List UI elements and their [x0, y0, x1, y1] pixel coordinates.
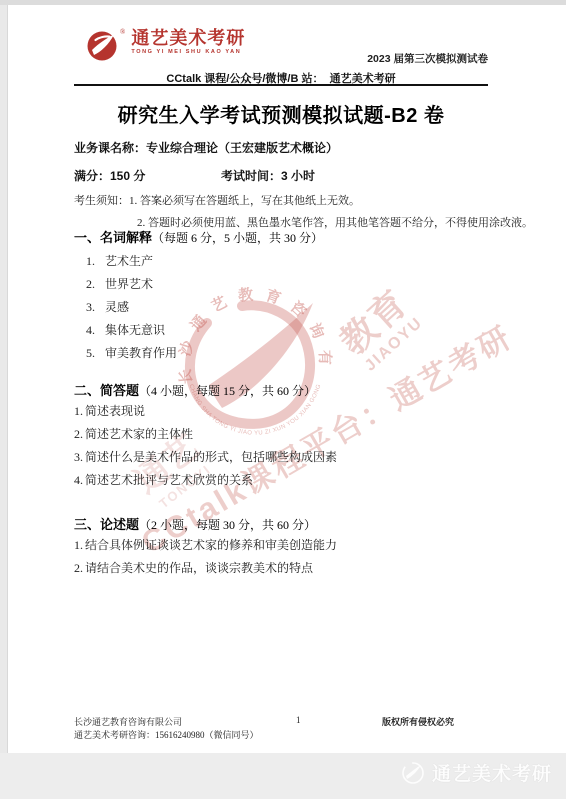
list-item: 2.简述艺术家的主体性: [74, 425, 193, 442]
jiaoyu-watermark: 教育 JIAOYU: [311, 261, 445, 391]
brand-name-en: TONG YI MEI SHU KAO YAN: [131, 49, 245, 55]
list-item: 3.简述什么是美术作品的形式，包括哪些构成因素: [74, 448, 337, 465]
item-text: 结合具体例证谈谈艺术家的修养和审美创造能力: [85, 538, 337, 552]
item-number: 4.: [74, 473, 85, 488]
item-text: 简述艺术批评与艺术欣赏的关系: [85, 473, 253, 487]
exam-paper-page: 长沙通艺教育咨询有限公司 CHANG SHA TONG YI JIAO YU Z…: [7, 5, 566, 753]
bottom-brand: 通艺美术考研: [401, 759, 552, 786]
page-title: 研究生入学考试预测模拟试题-B2 卷: [74, 99, 488, 128]
list-item: 2.世界艺术: [86, 275, 153, 292]
list-item: 2.请结合美术史的作品，谈谈宗教美术的特点: [74, 559, 313, 576]
item-number: 2.: [74, 427, 85, 442]
section-1-heading-note: （每题 6 分，5 小题，共 30 分）: [152, 231, 323, 245]
registered-mark: ®: [120, 29, 125, 36]
jiaoyu-watermark-en: JIAOYU: [344, 298, 445, 392]
footer-contact: 通艺美术考研咨询：15616240980（微信同号）: [74, 728, 259, 741]
item-text: 艺术生产: [105, 254, 153, 268]
item-text: 世界艺术: [105, 277, 153, 291]
list-item: 5.审美教育作用: [86, 344, 177, 361]
section-2-heading-text: 二、简答题: [74, 383, 139, 398]
section-3-heading-text: 三、论述题: [74, 517, 139, 532]
item-text: 审美教育作用: [105, 346, 177, 360]
item-number: 1.: [86, 254, 105, 269]
item-text: 集体无意识: [105, 323, 165, 337]
item-number: 2.: [74, 561, 85, 576]
list-item: 1.简述表现说: [74, 402, 145, 419]
svg-text:CHANG SHA TONG YI JIAO YU ZI X: CHANG SHA TONG YI JIAO YU ZI XUN YOU XIA…: [153, 263, 323, 437]
brand-logo-icon: [86, 29, 119, 62]
edition-label: 2023 届第三次模拟测试卷: [367, 51, 488, 66]
bottom-gray-bar: 通艺美术考研: [0, 753, 566, 799]
jiaoyu-watermark-cn: 教育: [311, 261, 434, 379]
footer-page-number: 1: [296, 715, 301, 725]
list-item: 4.简述艺术批评与艺术欣赏的关系: [74, 471, 253, 488]
list-item: 1.艺术生产: [86, 252, 153, 269]
section-1-heading-text: 一、名词解释: [74, 230, 152, 245]
stamp-arc-bottom-text: CHANG SHA TONG YI JIAO YU ZI XUN YOU XIA…: [153, 263, 323, 437]
section-1-heading: 一、名词解释（每题 6 分，5 小题，共 30 分）: [74, 227, 323, 246]
section-2-heading: 二、简答题（4 小题，每题 15 分，共 60 分）: [74, 380, 316, 399]
item-number: 3.: [74, 450, 85, 465]
footer-copyright: 版权所有侵权必究: [382, 715, 454, 728]
list-item: 1.结合具体例证谈谈艺术家的修养和审美创造能力: [74, 536, 337, 553]
notice-line-1: 考生须知：1. 答案必须写在答题纸上，写在其他纸上无效。: [74, 192, 360, 208]
item-text: 灵感: [105, 300, 129, 314]
item-text: 请结合美术史的作品，谈谈宗教美术的特点: [85, 561, 313, 575]
bottom-brand-logo-icon: [401, 761, 425, 785]
section-3-heading-note: （2 小题，每题 30 分，共 60 分）: [139, 518, 316, 532]
course-name-line: 业务课名称：专业综合理论（王宏建版艺术概论）: [74, 139, 338, 156]
list-item: 4.集体无意识: [86, 321, 165, 338]
item-text: 简述艺术家的主体性: [85, 427, 193, 441]
stamp-arc-top-text: 长沙通艺教育咨询有限公司: [153, 263, 334, 385]
item-number: 5.: [86, 346, 105, 361]
item-number: 1.: [74, 538, 85, 553]
item-text: 简述什么是美术作品的形式，包括哪些构成因素: [85, 450, 337, 464]
screenshot-root: { "page": { "brand": { "logo_text": "通艺美…: [0, 0, 566, 799]
brand-logo: ® 通艺美术考研 TONG YI MEI SHU KAO YAN: [86, 29, 245, 62]
svg-text:长沙通艺教育咨询有限公司: 长沙通艺教育咨询有限公司: [153, 263, 334, 385]
section-3-heading: 三、论述题（2 小题，每题 30 分，共 60 分）: [74, 514, 316, 533]
item-number: 3.: [86, 300, 105, 315]
header-divider: [74, 84, 488, 86]
list-item: 3.灵感: [86, 298, 129, 315]
full-score-label: 满分：150 分: [74, 167, 145, 184]
item-number: 1.: [74, 404, 85, 419]
brand-name-cn: 通艺美术考研: [131, 29, 245, 47]
item-number: 4.: [86, 323, 105, 338]
stamp-logo-glyph-icon: [190, 303, 313, 424]
bottom-brand-text: 通艺美术考研: [432, 759, 552, 786]
footer-company: 长沙通艺教育咨询有限公司: [74, 715, 182, 728]
section-2-heading-note: （4 小题，每题 15 分，共 60 分）: [139, 384, 316, 398]
item-number: 2.: [86, 277, 105, 292]
item-text: 简述表现说: [85, 404, 145, 418]
exam-time-label: 考试时间：3 小时: [221, 167, 315, 184]
